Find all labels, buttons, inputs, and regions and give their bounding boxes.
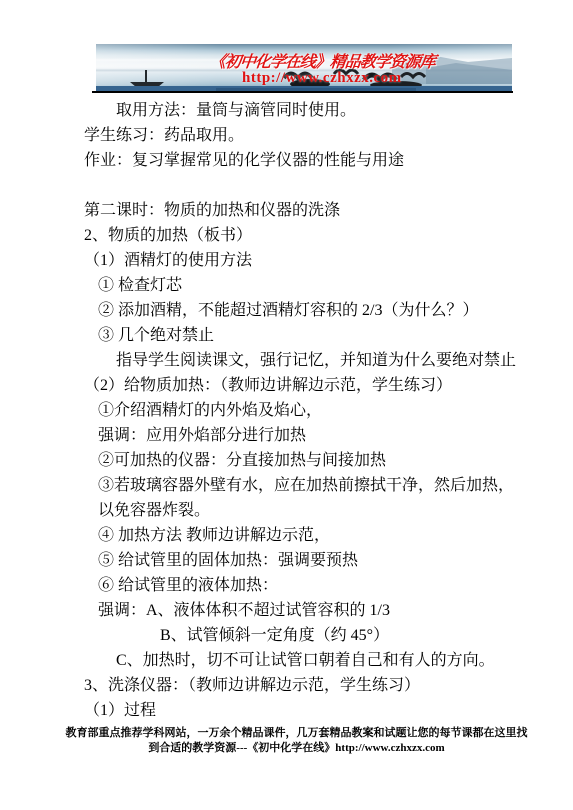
doc-line: 强调：应用外焰部分进行加热 — [84, 423, 554, 448]
header-banner-image: 《初中化学在线》精品教学资源库 http://www.czhxzx.com — [96, 44, 512, 91]
doc-line: 3、洗涤仪器：（教师边讲解边示范，学生练习） — [84, 673, 554, 698]
banner-url-text: http://www.czhxzx.com — [242, 70, 402, 87]
doc-line: 2、物质的加热（板书） — [84, 223, 554, 248]
footer-line-1: 教育部重点推荐学科网站，一万余个精品课件，几万套精品教案和试题让您的每节课都在这… — [20, 726, 573, 741]
doc-line: ③若玻璃容器外壁有水，应在加热前擦拭干净，然后加热， — [84, 473, 554, 498]
doc-line: ③ 几个绝对禁止 — [84, 323, 554, 348]
doc-line: ② 添加酒精，不能超过酒精灯容积的 2/3（为什么？） — [84, 298, 554, 323]
doc-line: ④ 加热方法 教师边讲解边示范， — [84, 523, 554, 548]
doc-line: ①介绍酒精灯的内外焰及焰心， — [84, 398, 554, 423]
banner-title-text: 《初中化学在线》精品教学资源库 — [209, 49, 436, 72]
doc-line: ②可加热的仪器：分直接加热与间接加热 — [84, 448, 554, 473]
doc-line: 作业：复习掌握常见的化学仪器的性能与用途 — [84, 148, 554, 173]
footer-line-2: 到合适的教学资源---《初中化学在线》http://www.czhxzx.com — [20, 741, 573, 756]
doc-line-section-title: 第二课时：物质的加热和仪器的洗涤 — [84, 198, 554, 223]
header-divider-rule — [92, 91, 513, 93]
doc-line: 指导学生阅读课文，强行记忆，并知道为什么要绝对禁止 — [84, 348, 554, 373]
doc-line: 取用方法：量筒与滴管同时使用。 — [84, 98, 554, 123]
doc-line: 强调：A、液体体积不超过试管容积的 1/3 — [84, 598, 554, 623]
page-footer: 教育部重点推荐学科网站，一万余个精品课件，几万套精品教案和试题让您的每节课都在这… — [20, 726, 573, 756]
doc-line: B、试管倾斜一定角度（约 45°） — [84, 623, 554, 648]
document-page: 《初中化学在线》精品教学资源库 http://www.czhxzx.com 取用… — [0, 0, 573, 810]
doc-line: 以免容器炸裂。 — [84, 498, 554, 523]
doc-line: ⑤ 给试管里的固体加热：强调要预热 — [84, 548, 554, 573]
doc-line: （1）过程 — [84, 698, 554, 723]
doc-line: （1）酒精灯的使用方法 — [84, 248, 554, 273]
document-body: 取用方法：量筒与滴管同时使用。 学生练习：药品取用。 作业：复习掌握常见的化学仪… — [84, 98, 554, 723]
doc-line: ⑥ 给试管里的液体加热： — [84, 573, 554, 598]
doc-line: 学生练习：药品取用。 — [84, 123, 554, 148]
doc-line: ① 检查灯芯 — [84, 273, 554, 298]
doc-line: （2）给物质加热：（教师边讲解边示范，学生练习） — [84, 373, 554, 398]
doc-line: C、加热时，切不可让试管口朝着自己和有人的方向。 — [84, 648, 554, 673]
doc-blank-line — [84, 173, 554, 198]
